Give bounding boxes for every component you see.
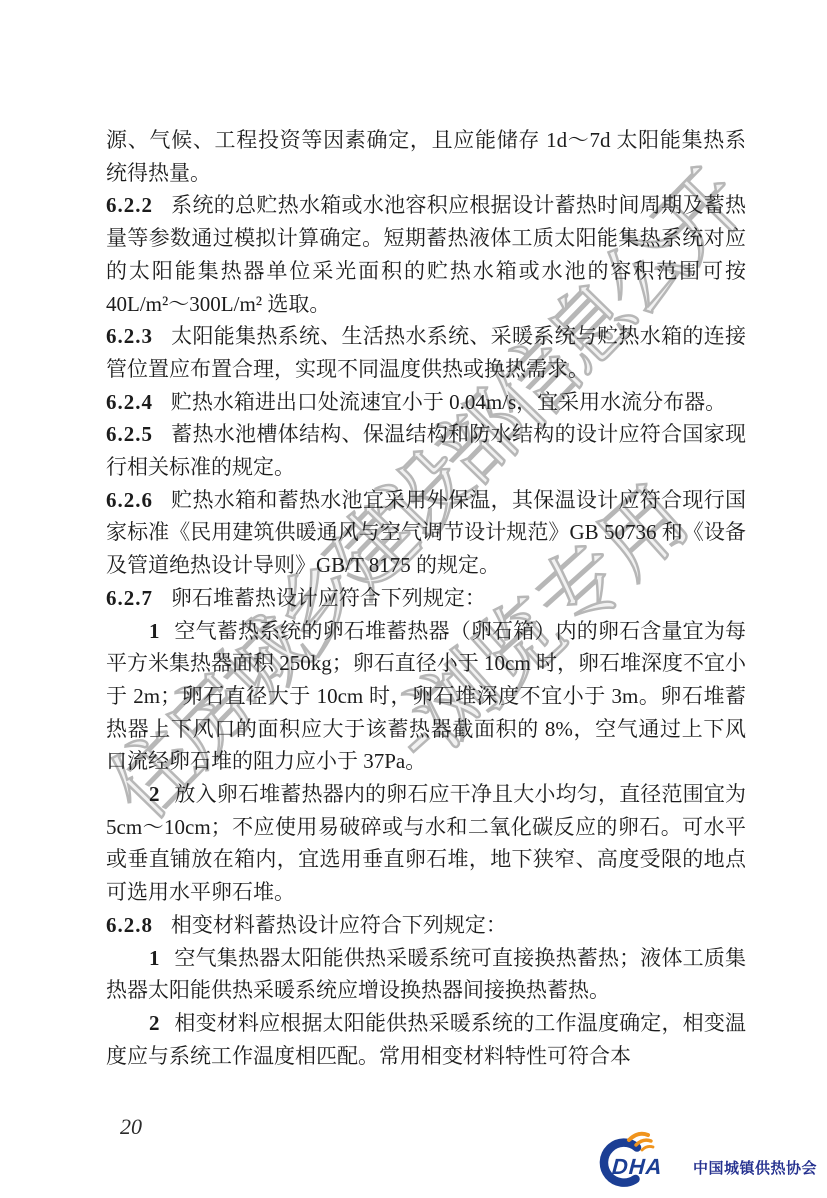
body-paragraph: 6.2.4贮热水箱进出口处流速宜小于 0.04m/s，宜采用水流分布器。 (106, 386, 746, 419)
paragraph-text: 相变材料蓄热设计应符合下列规定： (171, 913, 507, 937)
paragraph-text: 相变材料应根据太阳能供热采暖系统的工作温度确定，相变温度应与系统工作温度相匹配。… (106, 1011, 746, 1068)
body-paragraph: 6.2.5蓄热水池槽体结构、保温结构和防水结构的设计应符合国家现行相关标准的规定… (106, 418, 746, 483)
body-paragraph: 6.2.2系统的总贮热水箱或水池容积应根据设计蓄热时间周期及蓄热量等参数通过模拟… (106, 189, 746, 320)
logo-acronym: DHA (611, 1154, 663, 1180)
body-paragraph: 源、气候、工程投资等因素确定，且应能储存 1d～7d 太阳能集热系统得热量。 (106, 124, 746, 189)
body-paragraph: 6.2.8相变材料蓄热设计应符合下列规定： (106, 909, 746, 942)
paragraph-text: 空气集热器太阳能供热采暖系统可直接换热蓄热；液体工质集热器太阳能供热采暖系统应增… (106, 946, 746, 1003)
paragraph-text: 太阳能集热系统、生活热水系统、采暖系统与贮热水箱的连接管位置应布置合理，实现不同… (106, 324, 746, 381)
item-number: 1 (149, 619, 160, 643)
body-paragraph: 1空气蓄热系统的卵石堆蓄热器（卵石箱）内的卵石含量宜为每平方米集热器面积 250… (106, 615, 746, 779)
clause-number: 6.2.4 (106, 390, 153, 414)
clause-number: 6.2.6 (106, 488, 153, 512)
paragraph-text: 卵石堆蓄热设计应符合下列规定： (171, 586, 486, 610)
clause-number: 6.2.3 (106, 324, 153, 348)
body-paragraph: 6.2.3太阳能集热系统、生活热水系统、采暖系统与贮热水箱的连接管位置应布置合理… (106, 320, 746, 385)
association-logo: DHA 中国城镇供热协会 (596, 1130, 822, 1190)
paragraph-text: 空气蓄热系统的卵石堆蓄热器（卵石箱）内的卵石含量宜为每平方米集热器面积 250k… (106, 619, 746, 774)
body-paragraph: 1空气集热器太阳能供热采暖系统可直接换热蓄热；液体工质集热器太阳能供热采暖系统应… (106, 942, 746, 1007)
clause-number: 6.2.7 (106, 586, 153, 610)
logo-org-name: 中国城镇供热协会 (693, 1157, 817, 1178)
item-number: 1 (149, 946, 160, 970)
body-paragraph: 2放入卵石堆蓄热器内的卵石应干净且大小均匀，直径范围宜为 5cm～10cm；不应… (106, 778, 746, 909)
body-paragraph: 6.2.6贮热水箱和蓄热水池宜采用外保温，其保温设计应符合现行国家标准《民用建筑… (106, 484, 746, 582)
paragraph-text: 贮热水箱和蓄热水池宜采用外保温，其保温设计应符合现行国家标准《民用建筑供暖通风与… (106, 488, 746, 577)
paragraph-text: 贮热水箱进出口处流速宜小于 0.04m/s，宜采用水流分布器。 (171, 390, 726, 414)
paragraph-text: 源、气候、工程投资等因素确定，且应能储存 1d～7d 太阳能集热系统得热量。 (106, 128, 746, 185)
page-number: 20 (120, 1114, 142, 1140)
clause-number: 6.2.2 (106, 193, 153, 217)
body-paragraph: 6.2.7卵石堆蓄热设计应符合下列规定： (106, 582, 746, 615)
item-number: 2 (149, 782, 160, 806)
body-paragraph: 2相变材料应根据太阳能供热采暖系统的工作温度确定，相变温度应与系统工作温度相匹配… (106, 1007, 746, 1072)
paragraph-text: 系统的总贮热水箱或水池容积应根据设计蓄热时间周期及蓄热量等参数通过模拟计算确定。… (106, 193, 746, 315)
paragraph-text: 放入卵石堆蓄热器内的卵石应干净且大小均匀，直径范围宜为 5cm～10cm；不应使… (106, 782, 746, 904)
document-page: 住房城乡建设部信息公开 -浏览专用 源、气候、工程投资等因素确定，且应能储存 1… (0, 0, 827, 1198)
document-body: 源、气候、工程投资等因素确定，且应能储存 1d～7d 太阳能集热系统得热量。 6… (106, 124, 746, 1072)
clause-number: 6.2.8 (106, 913, 153, 937)
paragraph-text: 蓄热水池槽体结构、保温结构和防水结构的设计应符合国家现行相关标准的规定。 (106, 422, 746, 479)
item-number: 2 (149, 1011, 160, 1035)
clause-number: 6.2.5 (106, 422, 153, 446)
